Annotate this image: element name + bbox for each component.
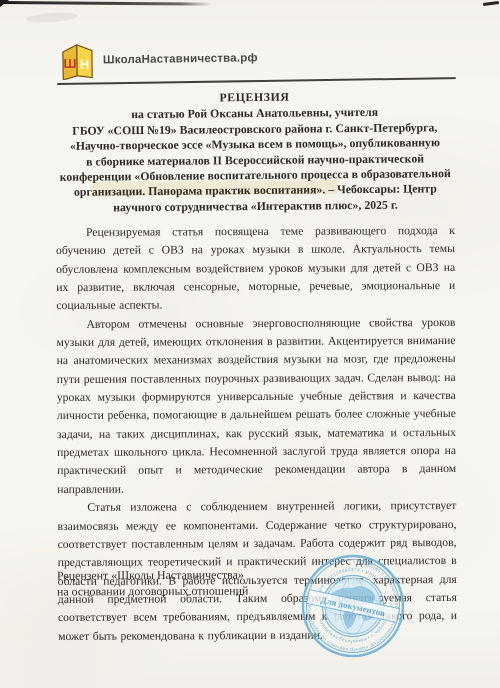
body-paragraph: Автором отмечены основные энерговосполня…: [56, 314, 456, 500]
logo-wordmark: ШколаНаставничества.рф: [103, 52, 258, 66]
body-paragraph: Рецензируемая статья посвящена теме разв…: [56, 222, 455, 316]
logo-letter-sh: Ш: [63, 56, 76, 71]
letterhead: Ш Н ШколаНаставничества.рф: [61, 39, 258, 80]
open-book-logo-icon: Ш Н: [61, 42, 95, 80]
logo-letter-n: Н: [80, 57, 90, 72]
scanned-review-document: Ш Н ШколаНаставничества.рф РЕЦЕНЗИЯ на с…: [0, 0, 500, 688]
signature-block: Рецензент «Школы Наставничества» на осно…: [57, 567, 248, 600]
reviewer-basis-line: на основании договорных отношений: [57, 583, 248, 600]
document-header: РЕЦЕНЗИЯ на статью Рой Оксаны Анатольевн…: [47, 88, 462, 216]
scan-artifact-top-right-mark: [483, 1, 499, 6]
scan-artifact-smudge: [26, 11, 79, 24]
scan-artifact-corner-wedge: [0, 0, 9, 7]
scan-artifact-top-line: [0, 1, 212, 6]
round-stamp: • Общество с ограниченной ответственност…: [300, 553, 406, 659]
reviewer-line: Рецензент «Школы Наставничества»: [57, 567, 248, 584]
